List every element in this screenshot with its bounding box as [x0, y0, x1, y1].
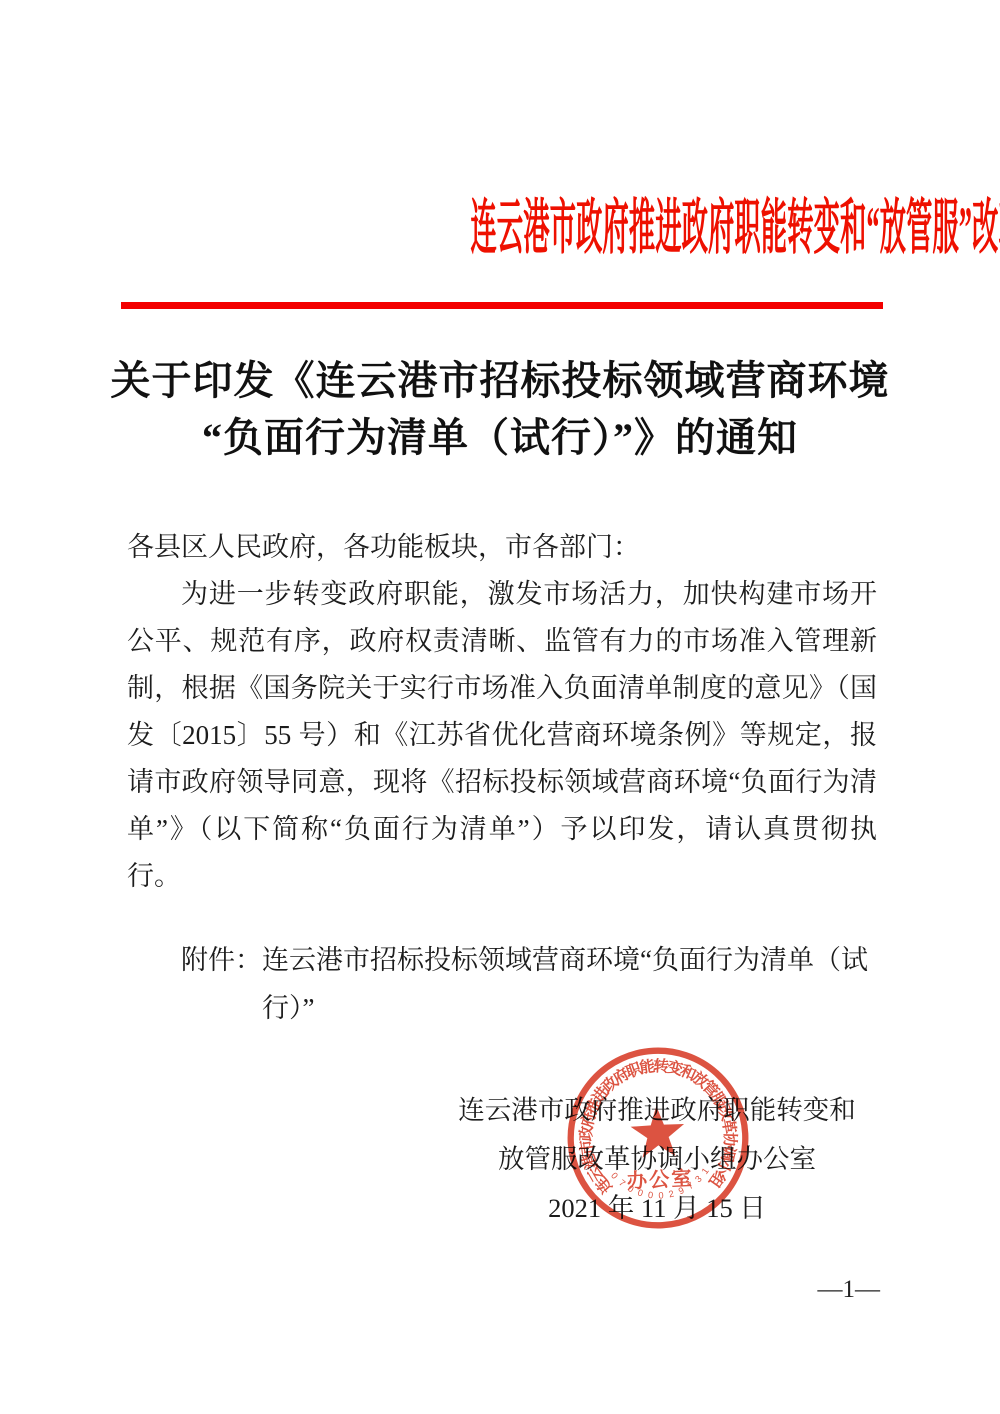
body-lines-container: 各县区人民政府，各功能板块，市各部门：为进一步转变政府职能，激发市场活力，加快构… — [127, 524, 877, 900]
seal-code-digit: 7 — [617, 1178, 627, 1189]
letterhead-rule — [121, 302, 883, 309]
official-seal: 连云港市政府推进政府职能转变和放管服改革协调小组 办公室 07000029731 — [556, 1036, 760, 1240]
seal-code-digit: 0 — [647, 1190, 653, 1201]
seal-code-digit: 3 — [693, 1174, 704, 1185]
attachment-line1: 附件：连云港市招标投标领域营商环境“负面行为清单（试 — [127, 936, 877, 984]
body-text-line: 各县区人民政府，各功能板块，市各部门： — [127, 524, 877, 571]
body-text-line: 制，根据《国务院关于实行市场准入负面清单制度的意见》（国 — [127, 665, 877, 712]
attachment-block: 附件：连云港市招标投标领域营商环境“负面行为清单（试 行）” — [127, 936, 877, 1032]
letterhead: 连云港市政府推进政府职能转变和“放管服”改革协调小组办公室 — [0, 190, 1000, 266]
body-text-line: 行。 — [127, 853, 877, 900]
document-title-line1: 关于印发《连云港市招标投标领域营商环境 — [0, 352, 1000, 409]
seal-center-label: 办公室 — [626, 1166, 694, 1193]
seal-star-icon — [630, 1105, 686, 1159]
seal-code-digit: 0 — [658, 1190, 664, 1200]
document-page: 连云港市政府推进政府职能转变和“放管服”改革协调小组办公室 关于印发《连云港市招… — [0, 0, 1000, 1414]
body-text-line: 为进一步转变政府职能，激发市场活力，加快构建市场开放 — [127, 571, 877, 618]
attachment-line2: 行）” — [127, 984, 877, 1032]
body-text-line: 单”》（以下简称“负面行为清单”）予以印发，请认真贯彻执 — [127, 806, 877, 853]
body-text-line: 公平、规范有序，政府权责清晰、监管有力的市场准入管理新体 — [127, 618, 877, 665]
letterhead-org-name: 连云港市政府推进政府职能转变和“放管服”改革协调小组办公室 — [470, 190, 1000, 266]
body-text-line: 发〔2015〕55 号）和《江苏省优化营商环境条例》等规定，报 — [127, 712, 877, 759]
document-title: 关于印发《连云港市招标投标领域营商环境 “负面行为清单（试行）”》的通知 — [0, 352, 1000, 466]
document-title-line2: “负面行为清单（试行）”》的通知 — [0, 409, 1000, 466]
body-text-line: 请市政府领导同意，现将《招标投标领域营商环境“负面行为清 — [127, 759, 877, 806]
page-number: —1— — [760, 1276, 880, 1304]
